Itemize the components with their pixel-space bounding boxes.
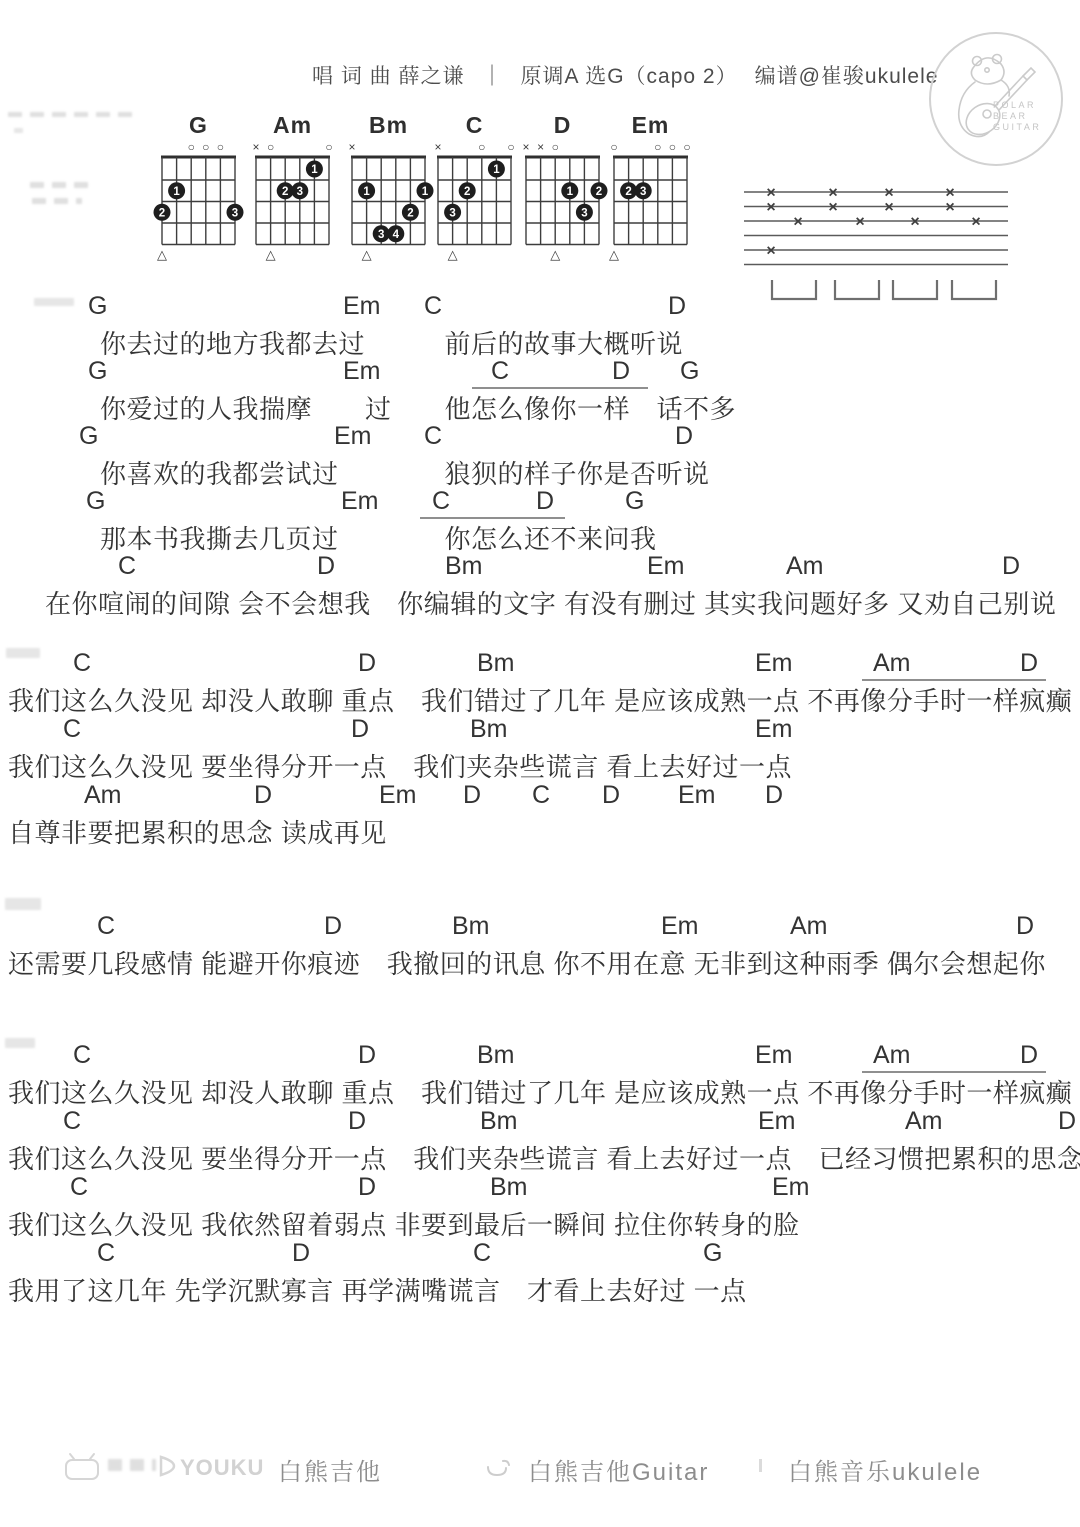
svg-text:4: 4 bbox=[393, 229, 400, 241]
lyric-text: 在你喧闹的间隙 会不会想我 你编辑的文字 有没有删过 其实我问题好多 又劝自己别… bbox=[45, 584, 1056, 621]
key-info: 原调A 选G（capo 2） bbox=[521, 60, 738, 90]
chord-label: D bbox=[317, 552, 335, 581]
chord-label: C bbox=[63, 715, 81, 744]
chord-label: Em bbox=[772, 1173, 810, 1202]
lyric-text: 我们这么久没见 要坐得分开一点 我们夹杂些谎言 看上去好过一点 已经习惯把累积的… bbox=[8, 1139, 1080, 1176]
chord-label: Bm bbox=[452, 912, 490, 941]
lyric-text: 那本书我撕去几页过 你怎么还不来问我 bbox=[100, 519, 657, 556]
finger-dot: 2 bbox=[277, 182, 294, 199]
lyric-line: Am D Em D C D Em D 自尊非要把累积的思念 读成再见 bbox=[0, 781, 1080, 847]
chord-label: G bbox=[86, 487, 105, 516]
lyric-line: C D Bm Em Am D 还需要几段感情 能避开你痕迹 我撤回的讯息 你不用… bbox=[0, 912, 1080, 978]
chord-label: D bbox=[536, 487, 554, 516]
lyric-text: 还需要几段感情 能避开你痕迹 我撤回的讯息 你不用在意 无非到这种雨季 偶尔会想… bbox=[8, 944, 1046, 981]
chord-label: Bm bbox=[480, 1107, 518, 1136]
chord-label: D bbox=[612, 357, 630, 386]
finger-dot: 3 bbox=[444, 204, 461, 221]
chord-label: C bbox=[97, 912, 115, 941]
chord-label: D bbox=[765, 781, 783, 810]
chord-label: C bbox=[73, 649, 91, 678]
chord-label: C bbox=[491, 357, 509, 386]
lyric-line: G Em C D 你喜欢的我都尝试过 狼狈的样子你是否听说 bbox=[0, 422, 1080, 488]
svg-text:○: ○ bbox=[669, 140, 676, 154]
youku-play-icon bbox=[158, 1455, 178, 1477]
chord-label: C bbox=[70, 1173, 88, 1202]
chord-label: Bm bbox=[490, 1173, 528, 1202]
svg-text:×: × bbox=[855, 214, 864, 231]
chord-label: C bbox=[424, 292, 442, 321]
chord-label: Am bbox=[790, 912, 828, 941]
svg-text:○: ○ bbox=[202, 140, 209, 154]
svg-text:○: ○ bbox=[478, 140, 485, 154]
chord-label: G bbox=[625, 487, 644, 516]
chord-label: D bbox=[351, 715, 369, 744]
finger-dot: 1 bbox=[306, 161, 323, 178]
weibo-icon bbox=[484, 1457, 512, 1479]
chord-label: C bbox=[532, 781, 550, 810]
chord-label: Em bbox=[379, 781, 417, 810]
chord-diagram-name: Em bbox=[604, 112, 697, 138]
polar-bear-guitar-logo: POLAR BEAR GUITAR bbox=[929, 32, 1063, 166]
svg-text:×: × bbox=[884, 199, 893, 216]
svg-text:×: × bbox=[252, 140, 259, 154]
chord-label: D bbox=[358, 1173, 376, 1202]
chord-label: Em bbox=[661, 912, 699, 941]
svg-text:2: 2 bbox=[159, 207, 165, 219]
chord-label: G bbox=[88, 357, 107, 386]
finger-dot: 3 bbox=[373, 225, 390, 242]
svg-text:1: 1 bbox=[567, 186, 574, 198]
header-divider: ｜ bbox=[482, 60, 504, 90]
chord-diagram-name: Bm bbox=[342, 112, 435, 138]
chord-label: D bbox=[668, 292, 686, 321]
chord-diagram-Em: Em ○ ○ ○ ○ 2 3 △ bbox=[604, 112, 697, 262]
fretboard-grid: × × ○ 1 2 3 △ bbox=[516, 140, 609, 262]
finger-dot: 3 bbox=[291, 182, 308, 199]
chord-diagram-name: G bbox=[152, 112, 245, 138]
bass-string-marker: △ bbox=[609, 247, 619, 262]
svg-text:1: 1 bbox=[173, 186, 180, 198]
faded-mark bbox=[14, 128, 23, 133]
chord-diagram-Am: Am × ○ ○ 1 2 3 △ bbox=[246, 112, 339, 262]
svg-text:3: 3 bbox=[581, 207, 587, 219]
chord-label: Bm bbox=[477, 649, 515, 678]
chord-diagram-D: D × × ○ 1 2 3 △ bbox=[516, 112, 609, 262]
lyric-line: C D C G 我用了这几年 先学沉默寡言 再学满嘴谎言 才看上去好过 一点 bbox=[0, 1239, 1080, 1305]
svg-text:2: 2 bbox=[625, 186, 631, 198]
finger-dot: 3 bbox=[576, 204, 593, 221]
chord-label: G bbox=[79, 422, 98, 451]
lyric-text: 我们这么久没见 却没人敢聊 重点 我们错过了几年 是应该成熟一点 不再像分手时一… bbox=[8, 681, 1072, 718]
svg-text:3: 3 bbox=[232, 207, 238, 219]
svg-text:2: 2 bbox=[464, 186, 470, 198]
chord-label: D bbox=[324, 912, 342, 941]
lyric-text: 我们这么久没见 要坐得分开一点 我们夹杂些谎言 看上去好过一点 bbox=[8, 747, 792, 784]
lyric-text: 我们这么久没见 我依然留着弱点 非要到最后一瞬间 拉住你转身的脸 bbox=[8, 1205, 800, 1242]
chord-label: Am bbox=[786, 552, 824, 581]
lyric-text: 你喜欢的我都尝试过 狼狈的样子你是否听说 bbox=[100, 454, 710, 491]
lyric-text: 我们这么久没见 却没人敢聊 重点 我们错过了几年 是应该成熟一点 不再像分手时一… bbox=[8, 1073, 1072, 1110]
finger-dot: 2 bbox=[459, 182, 476, 199]
chord-label: C bbox=[118, 552, 136, 581]
svg-text:1: 1 bbox=[363, 186, 370, 198]
lyric-line: G Em C D G 那本书我撕去几页过 你怎么还不来问我 bbox=[0, 487, 1080, 553]
fretboard-grid: × ○ ○ 1 2 3 △ bbox=[428, 140, 521, 262]
finger-dot: 2 bbox=[620, 182, 637, 199]
chord-label: Em bbox=[334, 422, 372, 451]
chord-label: Em bbox=[755, 1041, 793, 1070]
bass-string-marker: △ bbox=[448, 247, 458, 262]
chord-diagram-name: D bbox=[516, 112, 609, 138]
finger-dot: 2 bbox=[402, 204, 419, 221]
footer-brand-guitar-cn: 白熊吉他 bbox=[278, 1452, 382, 1487]
footer-brand-ukulele: 白熊音乐ukulele bbox=[788, 1452, 982, 1487]
svg-text:○: ○ bbox=[188, 140, 195, 154]
chord-label: G bbox=[703, 1239, 722, 1268]
svg-text:○: ○ bbox=[610, 140, 617, 154]
chord-label: C bbox=[432, 487, 450, 516]
lyric-line: C D Bm Em Am D 我们这么久没见 却没人敢聊 重点 我们错过了几年 … bbox=[0, 649, 1080, 715]
chord-label: G bbox=[680, 357, 699, 386]
chord-label: Bm bbox=[445, 552, 483, 581]
faded-icon bbox=[759, 1459, 762, 1472]
svg-text:×: × bbox=[971, 214, 980, 231]
header: 唱 词 曲 薛之谦 ｜ 原调A 选G（capo 2） 编谱@崔骏ukulele bbox=[312, 60, 938, 90]
finger-dot: 4 bbox=[387, 225, 404, 242]
chord-diagram-Bm: Bm × 1 1 2 3 4 △ bbox=[342, 112, 435, 262]
faded-mark bbox=[30, 182, 88, 188]
chord-label: D bbox=[1020, 1041, 1038, 1070]
chord-label: C bbox=[424, 422, 442, 451]
lyric-text: 你爱过的人我揣摩 过 他怎么像你一样 话不多 bbox=[100, 389, 736, 426]
lyric-text: 自尊非要把累积的思念 读成再见 bbox=[8, 813, 387, 850]
lyric-line: C D Bm Em 我们这么久没见 我依然留着弱点 非要到最后一瞬间 拉住你转身… bbox=[0, 1173, 1080, 1239]
chord-label: C bbox=[73, 1041, 91, 1070]
svg-text:○: ○ bbox=[267, 140, 274, 154]
chord-label: Em bbox=[343, 292, 381, 321]
svg-text:3: 3 bbox=[640, 186, 646, 198]
faded-title-artifact bbox=[8, 112, 140, 117]
svg-text:3: 3 bbox=[449, 207, 455, 219]
svg-text:×: × bbox=[910, 214, 919, 231]
svg-text:×: × bbox=[522, 140, 529, 154]
svg-text:×: × bbox=[434, 140, 441, 154]
chord-label: D bbox=[1020, 649, 1038, 678]
logo-text: POLAR BEAR GUITAR bbox=[993, 100, 1041, 133]
chord-label: Em bbox=[758, 1107, 796, 1136]
bass-string-marker: △ bbox=[362, 247, 372, 262]
chord-label: Em bbox=[755, 649, 793, 678]
finger-dot: 1 bbox=[488, 161, 505, 178]
svg-text:×: × bbox=[828, 199, 837, 216]
svg-text:×: × bbox=[537, 140, 544, 154]
bear-guitar-icon bbox=[931, 34, 1061, 164]
strum-pattern-tab: × × × × × × × × × × × × × bbox=[740, 182, 1015, 307]
lyric-line: C D Bm Em Am D 我们这么久没见 却没人敢聊 重点 我们错过了几年 … bbox=[0, 1041, 1080, 1107]
chord-label: Bm bbox=[470, 715, 508, 744]
chord-diagram-C: C × ○ ○ 1 2 3 △ bbox=[428, 112, 521, 262]
bass-string-marker: △ bbox=[550, 247, 560, 262]
lyric-line: G Em C D 你去过的地方我都去过 前后的故事大概听说 bbox=[0, 292, 1080, 358]
chord-label: D bbox=[1058, 1107, 1076, 1136]
chord-label: Em bbox=[755, 715, 793, 744]
svg-text:○: ○ bbox=[507, 140, 514, 154]
svg-text:2: 2 bbox=[407, 207, 413, 219]
faded-mark bbox=[32, 198, 82, 204]
footer-brand-guitar-weibo: 白熊吉他Guitar bbox=[528, 1452, 709, 1487]
chord-label: Em bbox=[647, 552, 685, 581]
chord-sheet-page: 唱 词 曲 薛之谦 ｜ 原调A 选G（capo 2） 编谱@崔骏ukulele … bbox=[0, 0, 1080, 1527]
bass-string-marker: △ bbox=[157, 247, 167, 262]
lyric-text: 你去过的地方我都去过 前后的故事大概听说 bbox=[100, 324, 683, 361]
bilibili-icon bbox=[62, 1452, 102, 1482]
svg-text:○: ○ bbox=[654, 140, 661, 154]
fretboard-grid: × ○ ○ 1 2 3 △ bbox=[246, 140, 339, 262]
chord-label: Bm bbox=[477, 1041, 515, 1070]
chord-diagram-G: G ○ ○ ○ 1 2 3 △ bbox=[152, 112, 245, 262]
svg-text:×: × bbox=[766, 199, 775, 216]
chord-label: D bbox=[602, 781, 620, 810]
chord-label: Em bbox=[343, 357, 381, 386]
chord-label: D bbox=[292, 1239, 310, 1268]
chord-label: Am bbox=[873, 649, 911, 678]
chord-label: D bbox=[358, 1041, 376, 1070]
chord-diagram-name: C bbox=[428, 112, 521, 138]
arranger-credit: 编谱@崔骏ukulele bbox=[755, 60, 939, 90]
chord-label: C bbox=[63, 1107, 81, 1136]
chord-label: D bbox=[463, 781, 481, 810]
fretboard-grid: ○ ○ ○ 1 2 3 △ bbox=[152, 140, 245, 262]
chord-label: Am bbox=[905, 1107, 943, 1136]
bass-string-marker: △ bbox=[266, 247, 276, 262]
chord-label: Em bbox=[341, 487, 379, 516]
svg-text:3: 3 bbox=[378, 229, 384, 241]
chord-label: G bbox=[88, 292, 107, 321]
youku-logo-text: YOUKU bbox=[180, 1455, 264, 1481]
svg-text:○: ○ bbox=[552, 140, 559, 154]
svg-text:×: × bbox=[348, 140, 355, 154]
chord-label: D bbox=[1016, 912, 1034, 941]
svg-text:3: 3 bbox=[297, 186, 303, 198]
finger-dot: 1 bbox=[561, 182, 578, 199]
svg-text:2: 2 bbox=[596, 186, 602, 198]
chord-label: Am bbox=[84, 781, 122, 810]
chord-label: D bbox=[358, 649, 376, 678]
svg-text:1: 1 bbox=[493, 164, 500, 176]
chord-label: C bbox=[473, 1239, 491, 1268]
chord-label: Em bbox=[678, 781, 716, 810]
lyric-text: 我用了这几年 先学沉默寡言 再学满嘴谎言 才看上去好过 一点 bbox=[8, 1271, 747, 1308]
lyric-line: G Em C D G 你爱过的人我揣摩 过 他怎么像你一样 话不多 bbox=[0, 357, 1080, 423]
fretboard-grid: ○ ○ ○ ○ 2 3 △ bbox=[604, 140, 697, 262]
finger-dot: 1 bbox=[168, 182, 185, 199]
lyric-line: C D Bm Em Am D 我们这么久没见 要坐得分开一点 我们夹杂些谎言 看… bbox=[0, 1107, 1080, 1173]
finger-dot: 3 bbox=[635, 182, 652, 199]
chord-label: D bbox=[254, 781, 272, 810]
svg-text:×: × bbox=[766, 243, 775, 260]
svg-text:1: 1 bbox=[311, 164, 318, 176]
fretboard-grid: × 1 1 2 3 4 △ bbox=[342, 140, 435, 262]
faded-logo-text bbox=[108, 1459, 156, 1471]
finger-dot: 1 bbox=[358, 182, 375, 199]
chord-label: D bbox=[675, 422, 693, 451]
chord-label: Am bbox=[873, 1041, 911, 1070]
lyric-line: C D Bm Em Am D 在你喧闹的间隙 会不会想我 你编辑的文字 有没有删… bbox=[0, 552, 1080, 618]
faded-section-marker bbox=[5, 898, 41, 910]
chord-label: D bbox=[348, 1107, 366, 1136]
lyric-line: C D Bm Em 我们这么久没见 要坐得分开一点 我们夹杂些谎言 看上去好过一… bbox=[0, 715, 1080, 781]
svg-text:○: ○ bbox=[217, 140, 224, 154]
svg-text:×: × bbox=[945, 199, 954, 216]
chord-label: C bbox=[97, 1239, 115, 1268]
svg-text:2: 2 bbox=[282, 186, 288, 198]
svg-text:○: ○ bbox=[325, 140, 332, 154]
chord-label: D bbox=[1002, 552, 1020, 581]
finger-dot: 2 bbox=[154, 204, 171, 221]
svg-text:○: ○ bbox=[683, 140, 690, 154]
chord-diagram-name: Am bbox=[246, 112, 339, 138]
song-credits: 唱 词 曲 薛之谦 bbox=[312, 60, 465, 90]
finger-dot: 3 bbox=[227, 204, 244, 221]
svg-text:×: × bbox=[793, 214, 802, 231]
